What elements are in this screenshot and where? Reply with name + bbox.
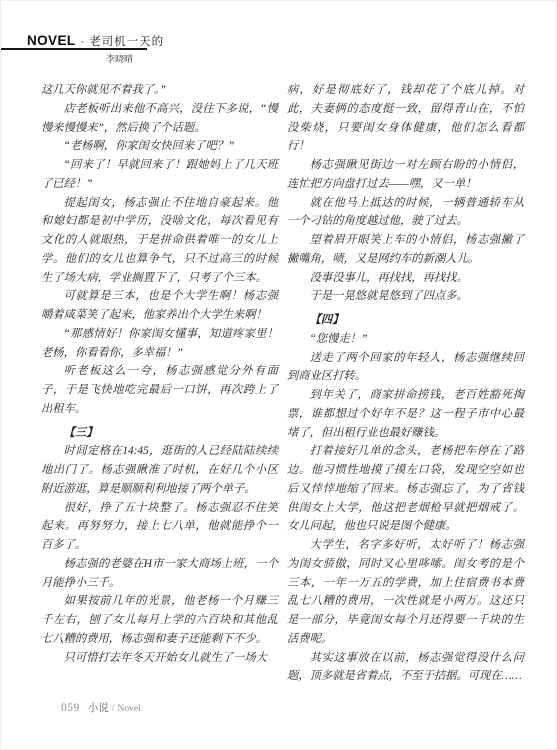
paragraph: 只可惜打去年冬天开始女儿就生了一场大 xyxy=(41,649,278,668)
paragraph: 送走了两个回家的年轻人，杨志强继续回到商业区打转。 xyxy=(287,349,524,387)
left-column: 这几天你就见不着我了。”店老板听出来他不高兴，没往下多说，“慢慢来慢慢来”，然后… xyxy=(41,81,278,686)
paragraph: 病，好是彻底好了，钱却花了个底儿掉。对此，夫妻俩的态度挺一致，留得青山在，不怕没… xyxy=(287,81,524,156)
magazine-page: NOVEL · 老司机一天的 李晓晴 这几天你就见不着我了。”店老板听出来他不高… xyxy=(0,0,557,750)
paragraph: “老杨啊，你家闺女快回来了吧？” xyxy=(41,137,278,156)
section-heading: 【四】 xyxy=(287,311,524,330)
paragraph: 就在他马上抵达的时候，一辆普通轿车从一个刁钻的角度越过他，驶了过去。 xyxy=(287,194,524,232)
paragraph: 可就算是三本，也是个大学生啊！杨志强嚼着咸菜笑了起来，他家养出个大学生来啊！ xyxy=(41,287,278,325)
footer-section-label-zh: 小说 xyxy=(88,700,109,715)
paragraph: 望着眉开眼笑上车的小情侣，杨志强撇了撇嘴角，啧，又是网约车的新潮人儿。 xyxy=(287,231,524,269)
paragraph: “您慢走！” xyxy=(287,330,524,349)
paragraph: 时间定格在14:45，逛街的人已经陆陆续续地出门了。杨志强瞅准了时机，在好几个小… xyxy=(41,442,278,498)
header-rule xyxy=(1,48,147,50)
story-body: 这几天你就见不着我了。”店老板听出来他不高兴，没往下多说，“慢慢来慢慢来”，然后… xyxy=(41,81,524,686)
paragraph: 杨志强的老婆在H市一家大商场上班，一个月能挣小三千。 xyxy=(41,555,278,593)
paragraph: 如果按前几年的光景，他老杨一个月赚三千左右，刨了女儿每月上学的六百块和其他乱七八… xyxy=(41,592,278,648)
paragraph: 很好，挣了五十块整了。杨志强忍不住笑起来。再努努力，接上七八单，他就能挣个一百多… xyxy=(41,499,278,555)
header-novel-label: NOVEL xyxy=(27,33,76,48)
paragraph: 这几天你就见不着我了。” xyxy=(41,81,278,100)
paragraph: 没事没事儿，再找找，再找找。 xyxy=(287,269,524,288)
header-story-title: 老司机一天的 xyxy=(89,33,164,49)
page-number: 059 xyxy=(61,702,80,714)
header-separator-dot: · xyxy=(81,36,85,48)
paragraph: 大学生，名字多好听，太好听了！杨志强为闺女骄傲，同时又心里哆嗦。闺女考的是个三本… xyxy=(287,536,524,649)
paragraph: “那感情好！你家闺女懂事，知道疼家里！老杨，你看看你，多幸福！” xyxy=(41,325,278,363)
paragraph: 店老板听出来他不高兴，没往下多说，“慢慢来慢慢来”，然后换了个话题。 xyxy=(41,100,278,138)
right-column: 病，好是彻底好了，钱却花了个底儿掉。对此，夫妻俩的态度挺一致，留得青山在，不怕没… xyxy=(287,81,524,686)
paragraph: 提起闺女，杨志强止不住地自豪起来。他和媳妇都是初中学历，没啥文化，每次看见有文化… xyxy=(41,194,278,288)
header-title-row: NOVEL · 老司机一天的 xyxy=(27,33,164,49)
paragraph: 其实这事放在以前，杨志强觉得没什么问题，顶多就是省着点，不至于拮据。可现在…… xyxy=(287,649,524,687)
paragraph: 杨志强瞅见街边一对左顾右盼的小情侣，连忙把方向盘打过去——嘿，又一单！ xyxy=(287,156,524,194)
page-footer: 059 小说 / Novel xyxy=(61,700,141,715)
paragraph: 于是一晃悠就晃悠到了四点多。 xyxy=(287,287,524,306)
paragraph: 打着接好几单的念头，老杨把车停在了路边。他习惯性地摸了摸左口袋，发现空空如也后又… xyxy=(287,442,524,536)
footer-separator-slash: / xyxy=(112,703,115,714)
paragraph: 到年关了，商家拼命捞钱，老百姓豁死掏票，谁都想过个好年不是？这一程子市中心最堵了… xyxy=(287,386,524,442)
footer-section-label-en: Novel xyxy=(118,704,141,714)
paragraph: “回来了！早就回来了！跟她妈上了几天班了已经！” xyxy=(41,156,278,194)
paragraph: 听老板这么一夸，杨志强感觉分外有面子，于是飞快地吃完最后一口饼，再次跨上了出租车… xyxy=(41,362,278,418)
section-heading: 【三】 xyxy=(41,424,278,443)
author-name: 李晓晴 xyxy=(1,52,147,65)
